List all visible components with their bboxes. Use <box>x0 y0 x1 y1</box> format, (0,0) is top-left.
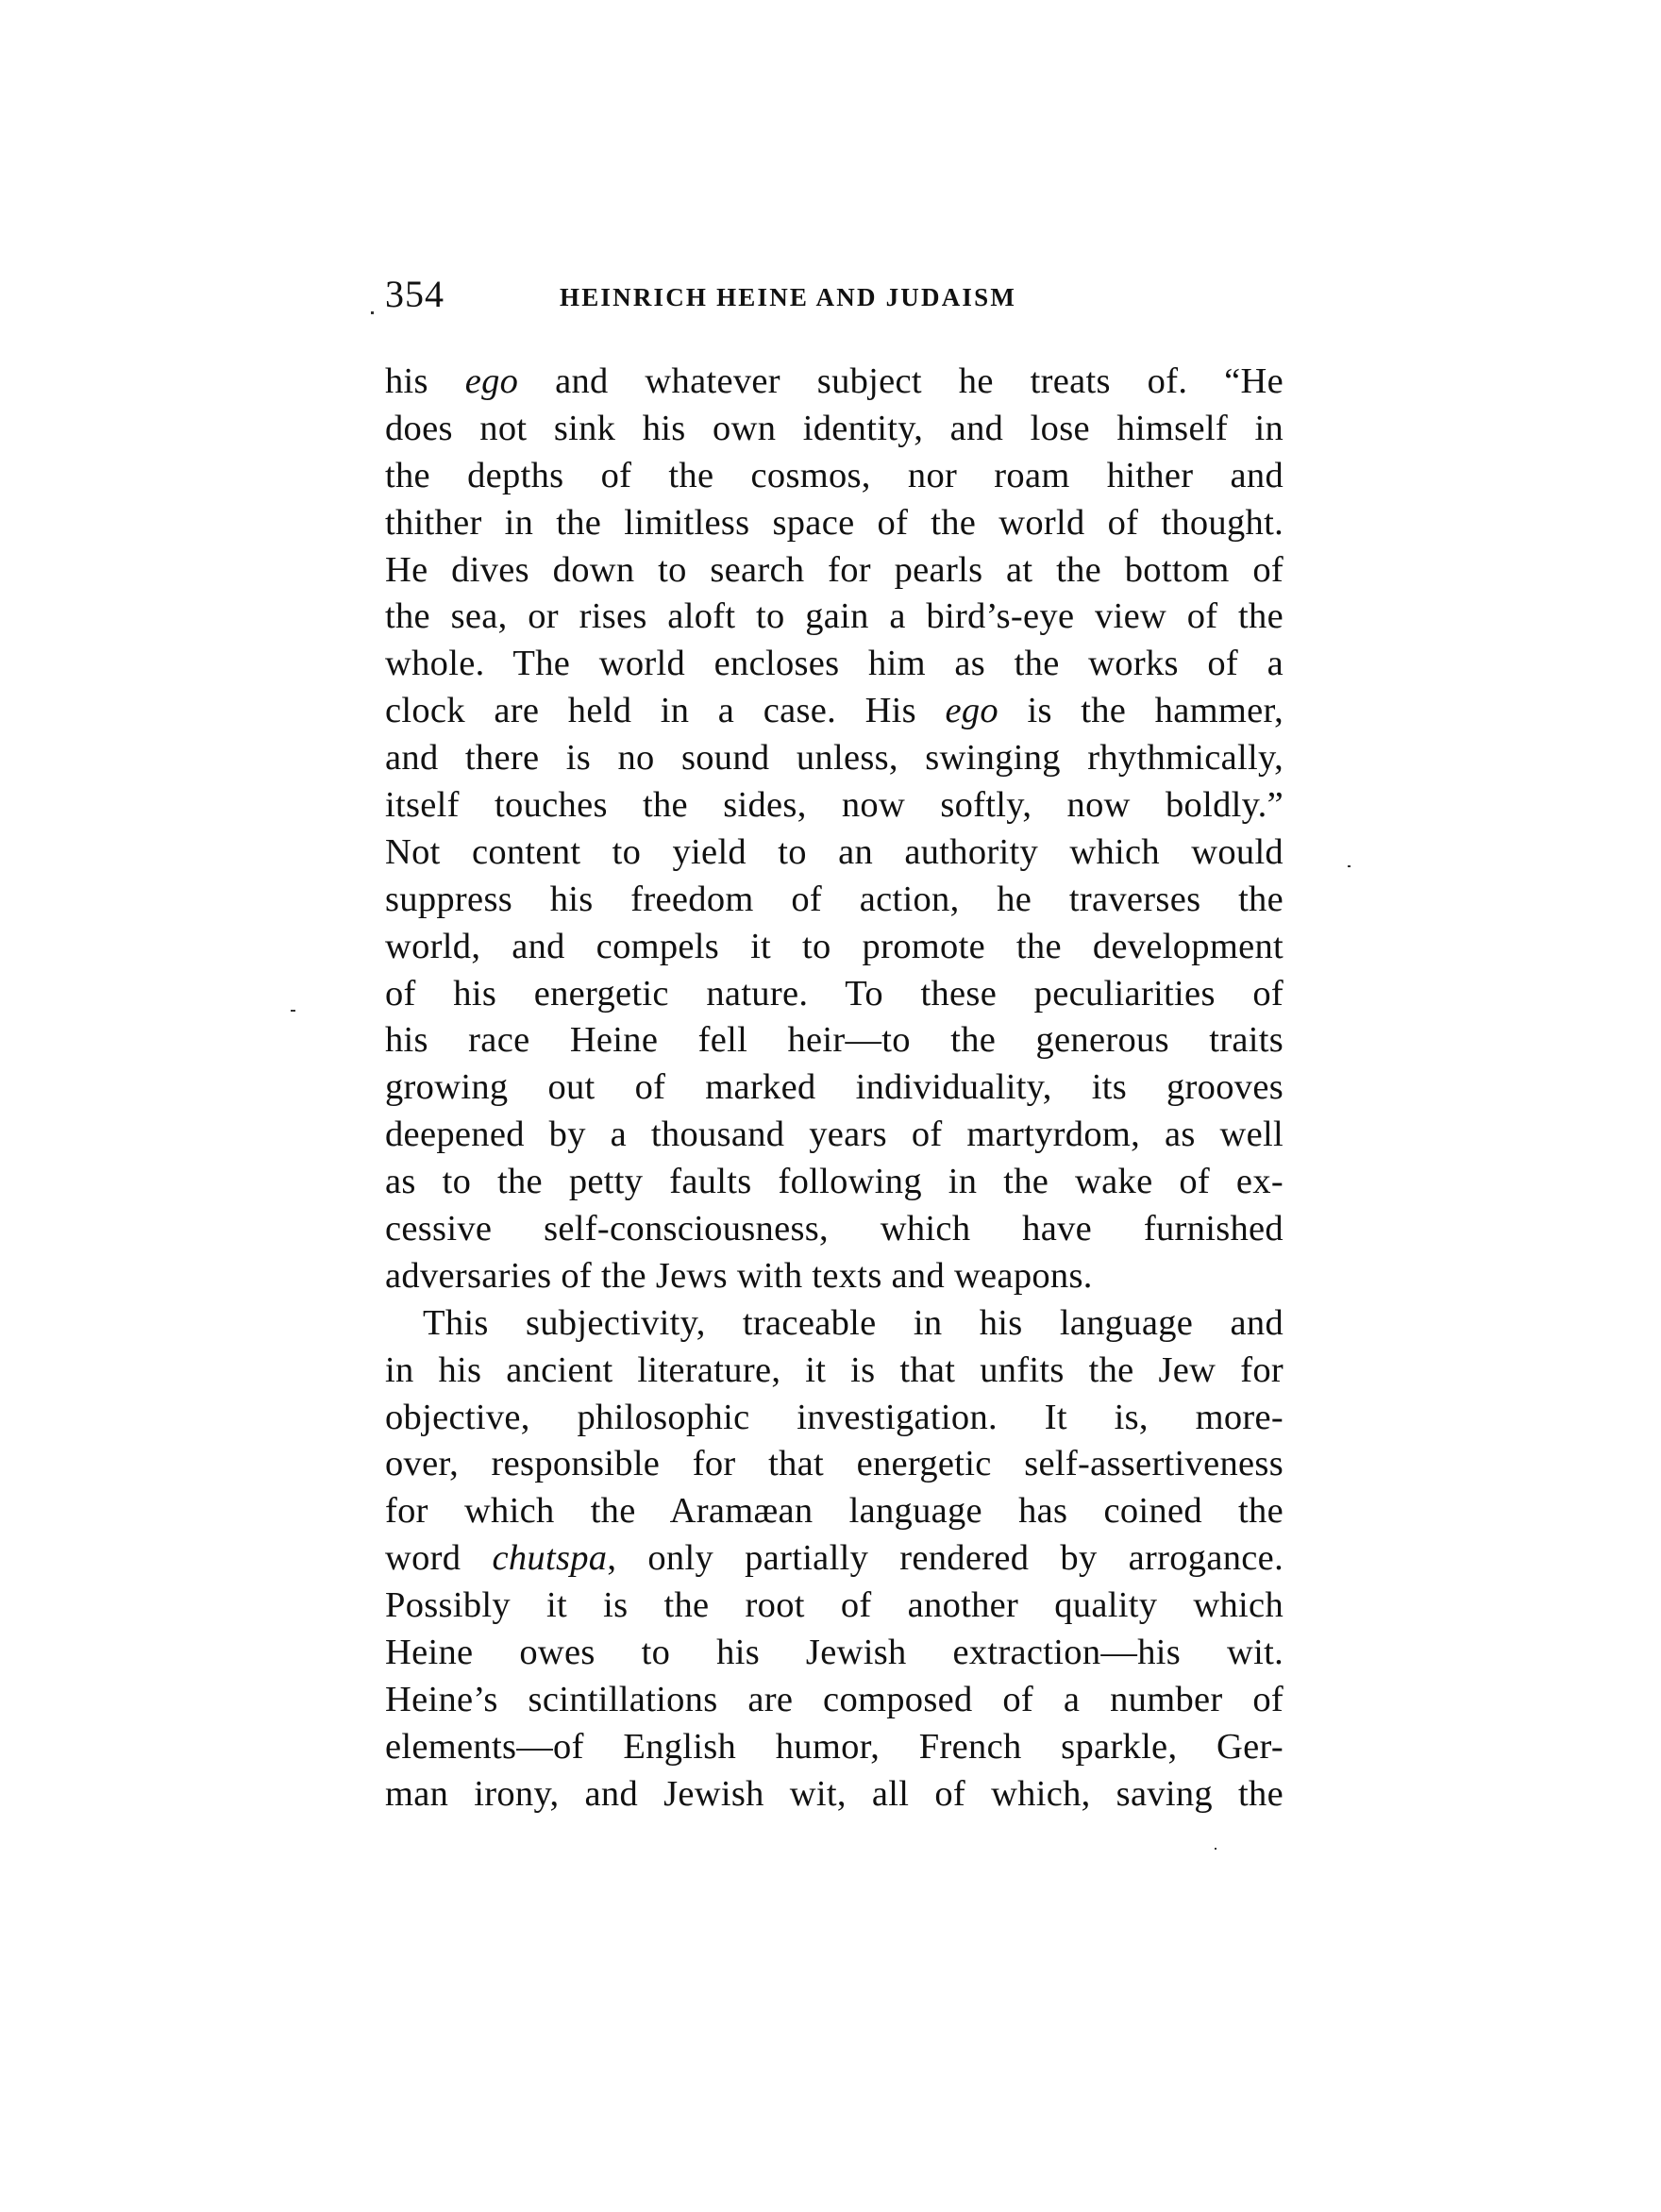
text-line: as to the petty faults following in the … <box>385 1159 1283 1206</box>
text-line: for which the Aramæan language has coine… <box>385 1488 1283 1535</box>
text-line: deepened by a thousand years of martyrdo… <box>385 1112 1283 1159</box>
text-line: Not content to yield to an authority whi… <box>385 829 1283 877</box>
text-line: growing out of marked individuality, its… <box>385 1064 1283 1112</box>
text-line: does not sink his own identity, and lose… <box>385 406 1283 453</box>
text-line: whole. The world encloses him as the wor… <box>385 641 1283 688</box>
body-text: his ego and whatever subject he treats o… <box>385 359 1283 1818</box>
text-run: the depths of the cosmos, nor roam hithe… <box>385 456 1283 495</box>
paragraph: his ego and whatever subject he treats o… <box>385 359 1283 1300</box>
scan-speck <box>1348 865 1351 867</box>
scan-speck <box>371 311 374 314</box>
text-line: thither in the limitless space of the wo… <box>385 500 1283 547</box>
text-run: is the hammer, <box>998 691 1283 730</box>
text-line: suppress his freedom of action, he trave… <box>385 877 1283 924</box>
text-run: man irony, and Jewish wit, all of which,… <box>385 1774 1283 1814</box>
text-run: elements—of English humor, French sparkl… <box>385 1727 1283 1767</box>
text-line: world, and compels it to promote the dev… <box>385 924 1283 971</box>
scan-speck <box>291 1010 295 1012</box>
text-run: Heine’s scintillations are composed of a… <box>385 1680 1283 1719</box>
text-run: whole. The world encloses him as the wor… <box>385 644 1283 683</box>
running-title: HEINRICH HEINE AND JUDAISM <box>560 283 1016 311</box>
text-run: over, responsible for that energetic sel… <box>385 1444 1283 1483</box>
text-line: his ego and whatever subject he treats o… <box>385 359 1283 406</box>
text-run: He dives down to search for pearls at th… <box>385 550 1283 590</box>
running-head: 354 HEINRICH HEINE AND JUDAISM <box>385 276 1283 313</box>
text-line: Heine owes to his Jewish extraction—his … <box>385 1630 1283 1677</box>
text-run: Heine owes to his Jewish extraction—his … <box>385 1633 1283 1672</box>
text-run: Possibly it is the root of another quali… <box>385 1585 1283 1625</box>
text-run: the sea, or rises aloft to gain a bird’s… <box>385 596 1283 636</box>
text-run: for which the Aramæan language has coine… <box>385 1491 1283 1531</box>
text-run: Not content to yield to an authority whi… <box>385 832 1283 872</box>
text-line: itself touches the sides, now softly, no… <box>385 782 1283 829</box>
text-line: He dives down to search for pearls at th… <box>385 547 1283 595</box>
text-line: in his ancient literature, it is that un… <box>385 1348 1283 1395</box>
italic-word: ego <box>465 361 519 401</box>
text-line: objective, philosophic investigation. It… <box>385 1395 1283 1442</box>
text-run: clock are held in a case. His <box>385 691 945 730</box>
text-line: over, responsible for that energetic sel… <box>385 1441 1283 1488</box>
text-line: word chutspa, only partially rendered by… <box>385 1535 1283 1583</box>
text-line: his race Heine fell heir—to the generous… <box>385 1017 1283 1064</box>
text-line: the sea, or rises aloft to gain a bird’s… <box>385 594 1283 641</box>
text-run: his race Heine fell heir—to the generous… <box>385 1020 1283 1060</box>
text-run: his <box>385 361 465 401</box>
book-page: 354 HEINRICH HEINE AND JUDAISM his ego a… <box>0 0 1661 2212</box>
text-line: elements—of English humor, French sparkl… <box>385 1724 1283 1771</box>
text-line: This subjectivity, traceable in his lang… <box>385 1300 1283 1348</box>
text-run: itself touches the sides, now softly, no… <box>385 785 1283 825</box>
text-run: word <box>385 1538 492 1578</box>
text-line: clock are held in a case. His ego is the… <box>385 688 1283 735</box>
scan-speck <box>1215 1848 1216 1850</box>
text-run: deepened by a thousand years of martyrdo… <box>385 1114 1283 1154</box>
text-run: of his energetic nature. To these peculi… <box>385 974 1283 1014</box>
text-run: cessive self-consciousness, which have f… <box>385 1209 1283 1248</box>
italic-word: ego <box>945 691 998 730</box>
text-run: suppress his freedom of action, he trave… <box>385 880 1283 919</box>
text-line: man irony, and Jewish wit, all of which,… <box>385 1771 1283 1818</box>
text-run: , only partially rendered by arrogance. <box>607 1538 1283 1578</box>
page-number: 354 <box>385 276 445 313</box>
text-run: This subjectivity, traceable in his lang… <box>423 1303 1283 1343</box>
text-line: Heine’s scintillations are composed of a… <box>385 1677 1283 1724</box>
text-line: Possibly it is the root of another quali… <box>385 1583 1283 1630</box>
italic-word: chutspa <box>492 1538 607 1578</box>
text-run: and there is no sound unless, swinging r… <box>385 738 1283 778</box>
text-run: thither in the limitless space of the wo… <box>385 503 1283 543</box>
text-run: does not sink his own identity, and lose… <box>385 409 1283 448</box>
text-run: and whatever subject he treats of. “He <box>518 361 1283 401</box>
text-line: of his energetic nature. To these peculi… <box>385 971 1283 1018</box>
text-line: cessive self-consciousness, which have f… <box>385 1206 1283 1253</box>
text-run: in his ancient literature, it is that un… <box>385 1350 1283 1390</box>
text-line: adversaries of the Jews with texts and w… <box>385 1253 1283 1300</box>
text-run: growing out of marked individuality, its… <box>385 1067 1283 1107</box>
text-line: and there is no sound unless, swinging r… <box>385 735 1283 782</box>
paragraph: This subjectivity, traceable in his lang… <box>385 1300 1283 1818</box>
text-run: world, and compels it to promote the dev… <box>385 927 1283 966</box>
text-line: the depths of the cosmos, nor roam hithe… <box>385 453 1283 500</box>
text-run: objective, philosophic investigation. It… <box>385 1398 1283 1437</box>
text-run: as to the petty faults following in the … <box>385 1162 1283 1201</box>
text-run: adversaries of the Jews with texts and w… <box>385 1256 1093 1296</box>
